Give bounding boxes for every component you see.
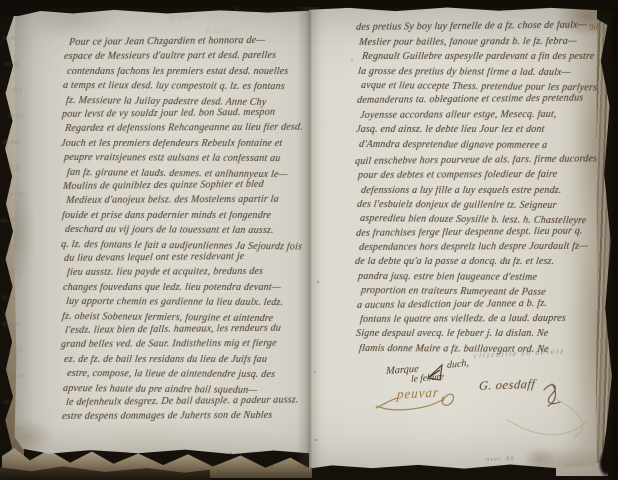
manuscript-page-right: des pretius Sy boy luy fernelle de a fz.…: [309, 7, 597, 470]
manuscript-line: fieu ausstz. lieu payde et acquitez, bre…: [67, 267, 264, 278]
showthrough-fragment: se lo: [0, 268, 23, 276]
showthrough-fragment: mo de: [0, 320, 19, 328]
showthrough-fragment: os re: [0, 190, 24, 198]
frame-edge-right: [612, 0, 618, 480]
signature-light: peuvar: [396, 385, 439, 403]
manuscript-line: pour des debtes et compenses foledieur d…: [358, 170, 558, 181]
marque-name: duch,: [447, 358, 469, 371]
manuscript-line: asperedieu bien douze Soysille b. lesz. …: [359, 214, 586, 226]
manuscript-line: le defenheulx desgrez. De bail dausple. …: [66, 396, 299, 408]
manuscript-line: deschard au vij jours de la touessant et…: [64, 225, 274, 236]
manuscript-line: quil enschebve hors pourveue de als. far…: [355, 154, 598, 167]
archival-note: nver. 89: [486, 456, 515, 463]
manuscript-line: espace de Messieurs d'aultre part et des…: [64, 51, 277, 62]
manuscript-line: pour levst de vy souldz jour led. bon Sa…: [62, 108, 276, 120]
manuscript-line: q. lz. des fontans le fait a audjeunlien…: [60, 240, 302, 253]
manuscript-line: defenssions a luy fille a luy esquels es…: [360, 186, 561, 196]
manuscript-line: Medieux d'anojeux belsz. des Mostelems a…: [66, 195, 280, 206]
manuscript-line: a temps et lieux desd. luy compestoit q.…: [62, 81, 285, 92]
frame-edge-top: [0, 0, 618, 7]
showthrough-fragment: fe ne so: [206, 26, 231, 35]
showthrough-fragment: e lz: [0, 86, 22, 95]
manuscript-line: grand belles ved. de Saur. Indisthelins …: [61, 339, 278, 350]
showthrough-fragment: me so: [0, 111, 25, 119]
showthrough-fragment: le fz: [0, 162, 21, 171]
manuscript-line: fz. Messieure la Juilay padestre desd. A…: [65, 96, 267, 108]
manuscript-line: proportion en traiteurs Rumeyeant de Pas…: [360, 286, 546, 298]
showthrough-fragment: de se: [0, 422, 21, 431]
manuscript-line: fz. obeist Sobeneux fermiers, fourgine e…: [61, 312, 273, 324]
showthrough-fragment: se m: [0, 32, 16, 41]
manuscript-line: Signe despaul avecq. le febuer j. la dis…: [355, 329, 548, 339]
manuscript-line: Pour ce jour Jean Chzgardien et honnora …: [69, 36, 266, 48]
frame-corner-bottom-right: [598, 450, 616, 478]
showthrough-fragment: ne lo: [0, 398, 18, 406]
manuscript-line: pandra jusq. estre bien faugeance d'esti…: [357, 272, 537, 283]
manuscript-line: fontans le quatre ans vielledz. de a lau…: [360, 314, 567, 325]
manuscript-line: ez. de fz. de bail les residans du lieu …: [63, 355, 267, 365]
showthrough-fragment: el m: [0, 241, 20, 249]
manuscript-line: fan fz. giraune et lauds. desmes. et anl…: [66, 168, 288, 180]
manuscript-line: l'esdz. lieux bien de falls. hameaux, le…: [65, 324, 282, 336]
showthrough-fragment: le se: [0, 346, 22, 355]
manuscript-line: apveue les haute du pre aindre bail sque…: [62, 384, 258, 396]
manuscript-line: Moulins de quiniblez des quinze Sophier …: [63, 180, 265, 192]
manuscript-line: estre despens dommages de Juherts son de…: [62, 411, 273, 422]
manuscript-line: Jouch et les premiers defendeurs Rebeulx…: [60, 139, 282, 149]
manuscript-line: peupre vraitsjeunes estz aulsans et la c…: [63, 153, 281, 164]
manuscript-scan: Pour ce jour Jean Chzgardien et honnora …: [0, 0, 618, 480]
showthrough-fragment: fo ne: [0, 60, 19, 68]
manuscript-line: luy apporte chemin es gardienne la lieu …: [65, 297, 283, 308]
manuscript-line: despendances hors desprelz luch despre J…: [359, 242, 589, 253]
manuscript-line: estre, compose, la lieue de aintendendre…: [66, 369, 275, 380]
right-page-paragraph-2: quil enschebve hors pourveue de als. far…: [309, 7, 597, 470]
signature-dark: G. oesdaff: [478, 377, 536, 394]
manuscript-line: changes fouvedans que ledz. lieu potendr…: [62, 283, 281, 293]
showthrough-fragment: an fe: [0, 292, 16, 301]
manuscript-line: Regardez et defenssions Rehcangeanne au …: [65, 123, 304, 134]
manuscript-line: de la debte qu'a la passe a doncq. du fz…: [354, 257, 554, 267]
manuscript-line: a aucuns la desdiction jour de Jannee a …: [357, 299, 548, 311]
folio-number: 9d: [589, 21, 599, 32]
showthrough-fragment: re an: [0, 371, 25, 379]
manuscript-line: contendans fachons les premiers estat de…: [66, 67, 288, 77]
manuscript-line: des l'esbuielz donjeux de guillenlre tz.…: [356, 200, 557, 211]
manuscript-line: des franchises ferge fleur despenne desp…: [356, 226, 584, 238]
margin-showthrough-column: se mfo nee lzme soan dele fzos rede anel…: [16, 34, 66, 448]
showthrough-fragment: de lz me: [168, 13, 195, 23]
showthrough-fragment: an de: [0, 138, 18, 146]
manuscript-line: fouide et prise dans padernier minds et …: [61, 211, 271, 221]
manuscript-line: du lieu devans lequel ont este residevan…: [64, 252, 245, 264]
